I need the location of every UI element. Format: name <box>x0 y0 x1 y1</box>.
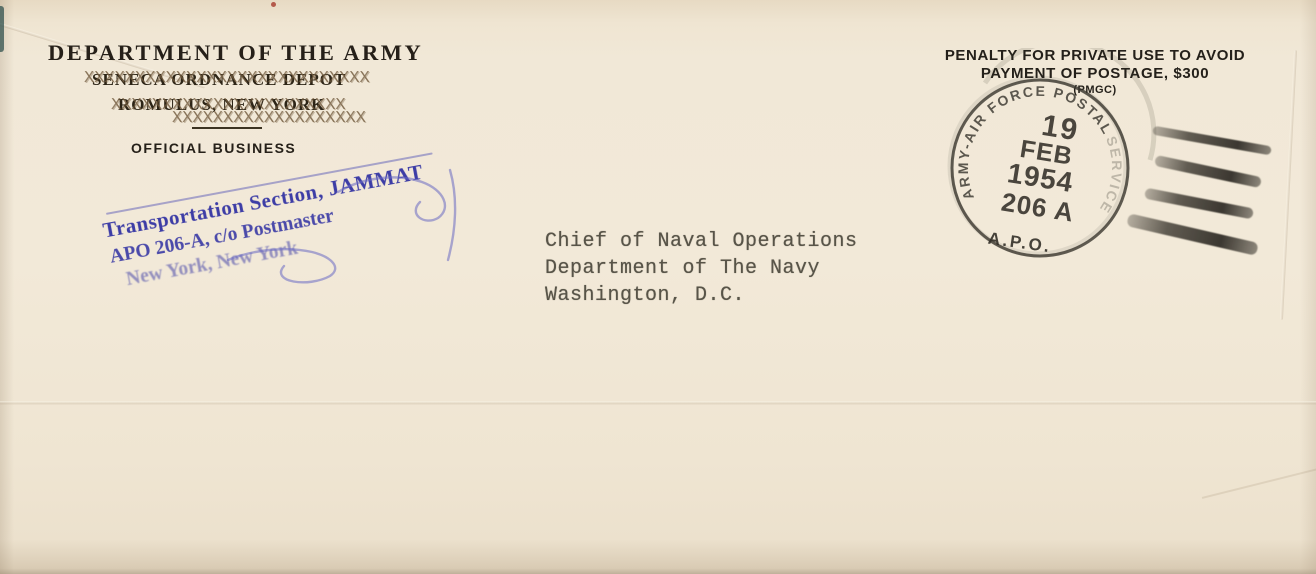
crease-right <box>1280 50 1297 320</box>
strikeout-row-3: XXXXXXXXXXXXXXXXXXX <box>172 110 366 127</box>
scribble-flourish <box>338 177 445 220</box>
recipient-line-1: Chief of Naval Operations <box>545 228 858 255</box>
sender-department: DEPARTMENT OF THE ARMY <box>48 40 423 66</box>
paper-shade-left <box>0 0 14 574</box>
scribble-stroke <box>448 170 455 260</box>
scan-artifact-edge <box>0 6 4 52</box>
paper-shade-right <box>1300 0 1316 574</box>
crease-bottom-right <box>1202 463 1316 499</box>
cancellation-bar-2 <box>1154 155 1262 188</box>
envelope: DEPARTMENT OF THE ARMY SENECA ORDNANCE D… <box>0 0 1316 574</box>
recipient-address: Chief of Naval Operations Department of … <box>545 228 858 309</box>
strikeout-row-1: XXXXXXXXXXXXXXXXXXXXXXXXXXXX <box>84 70 370 87</box>
cancellation-bar-1 <box>1152 126 1272 156</box>
official-business-label: OFFICIAL BUSINESS <box>131 140 296 156</box>
postmark-stamp: ARMY-AIR FORCE POSTAL SERVICE 19 FEB 195… <box>930 48 1160 278</box>
scan-artifact-dot <box>271 2 276 7</box>
scribble-lower <box>228 249 335 282</box>
recipient-line-2: Department of The Navy <box>545 255 858 282</box>
recipient-line-3: Washington, D.C. <box>545 282 858 309</box>
cancellation-bar-3 <box>1144 188 1254 220</box>
crease-horizontal <box>0 401 1316 405</box>
handwritten-scribble <box>200 164 500 304</box>
divider-rule <box>192 127 262 129</box>
